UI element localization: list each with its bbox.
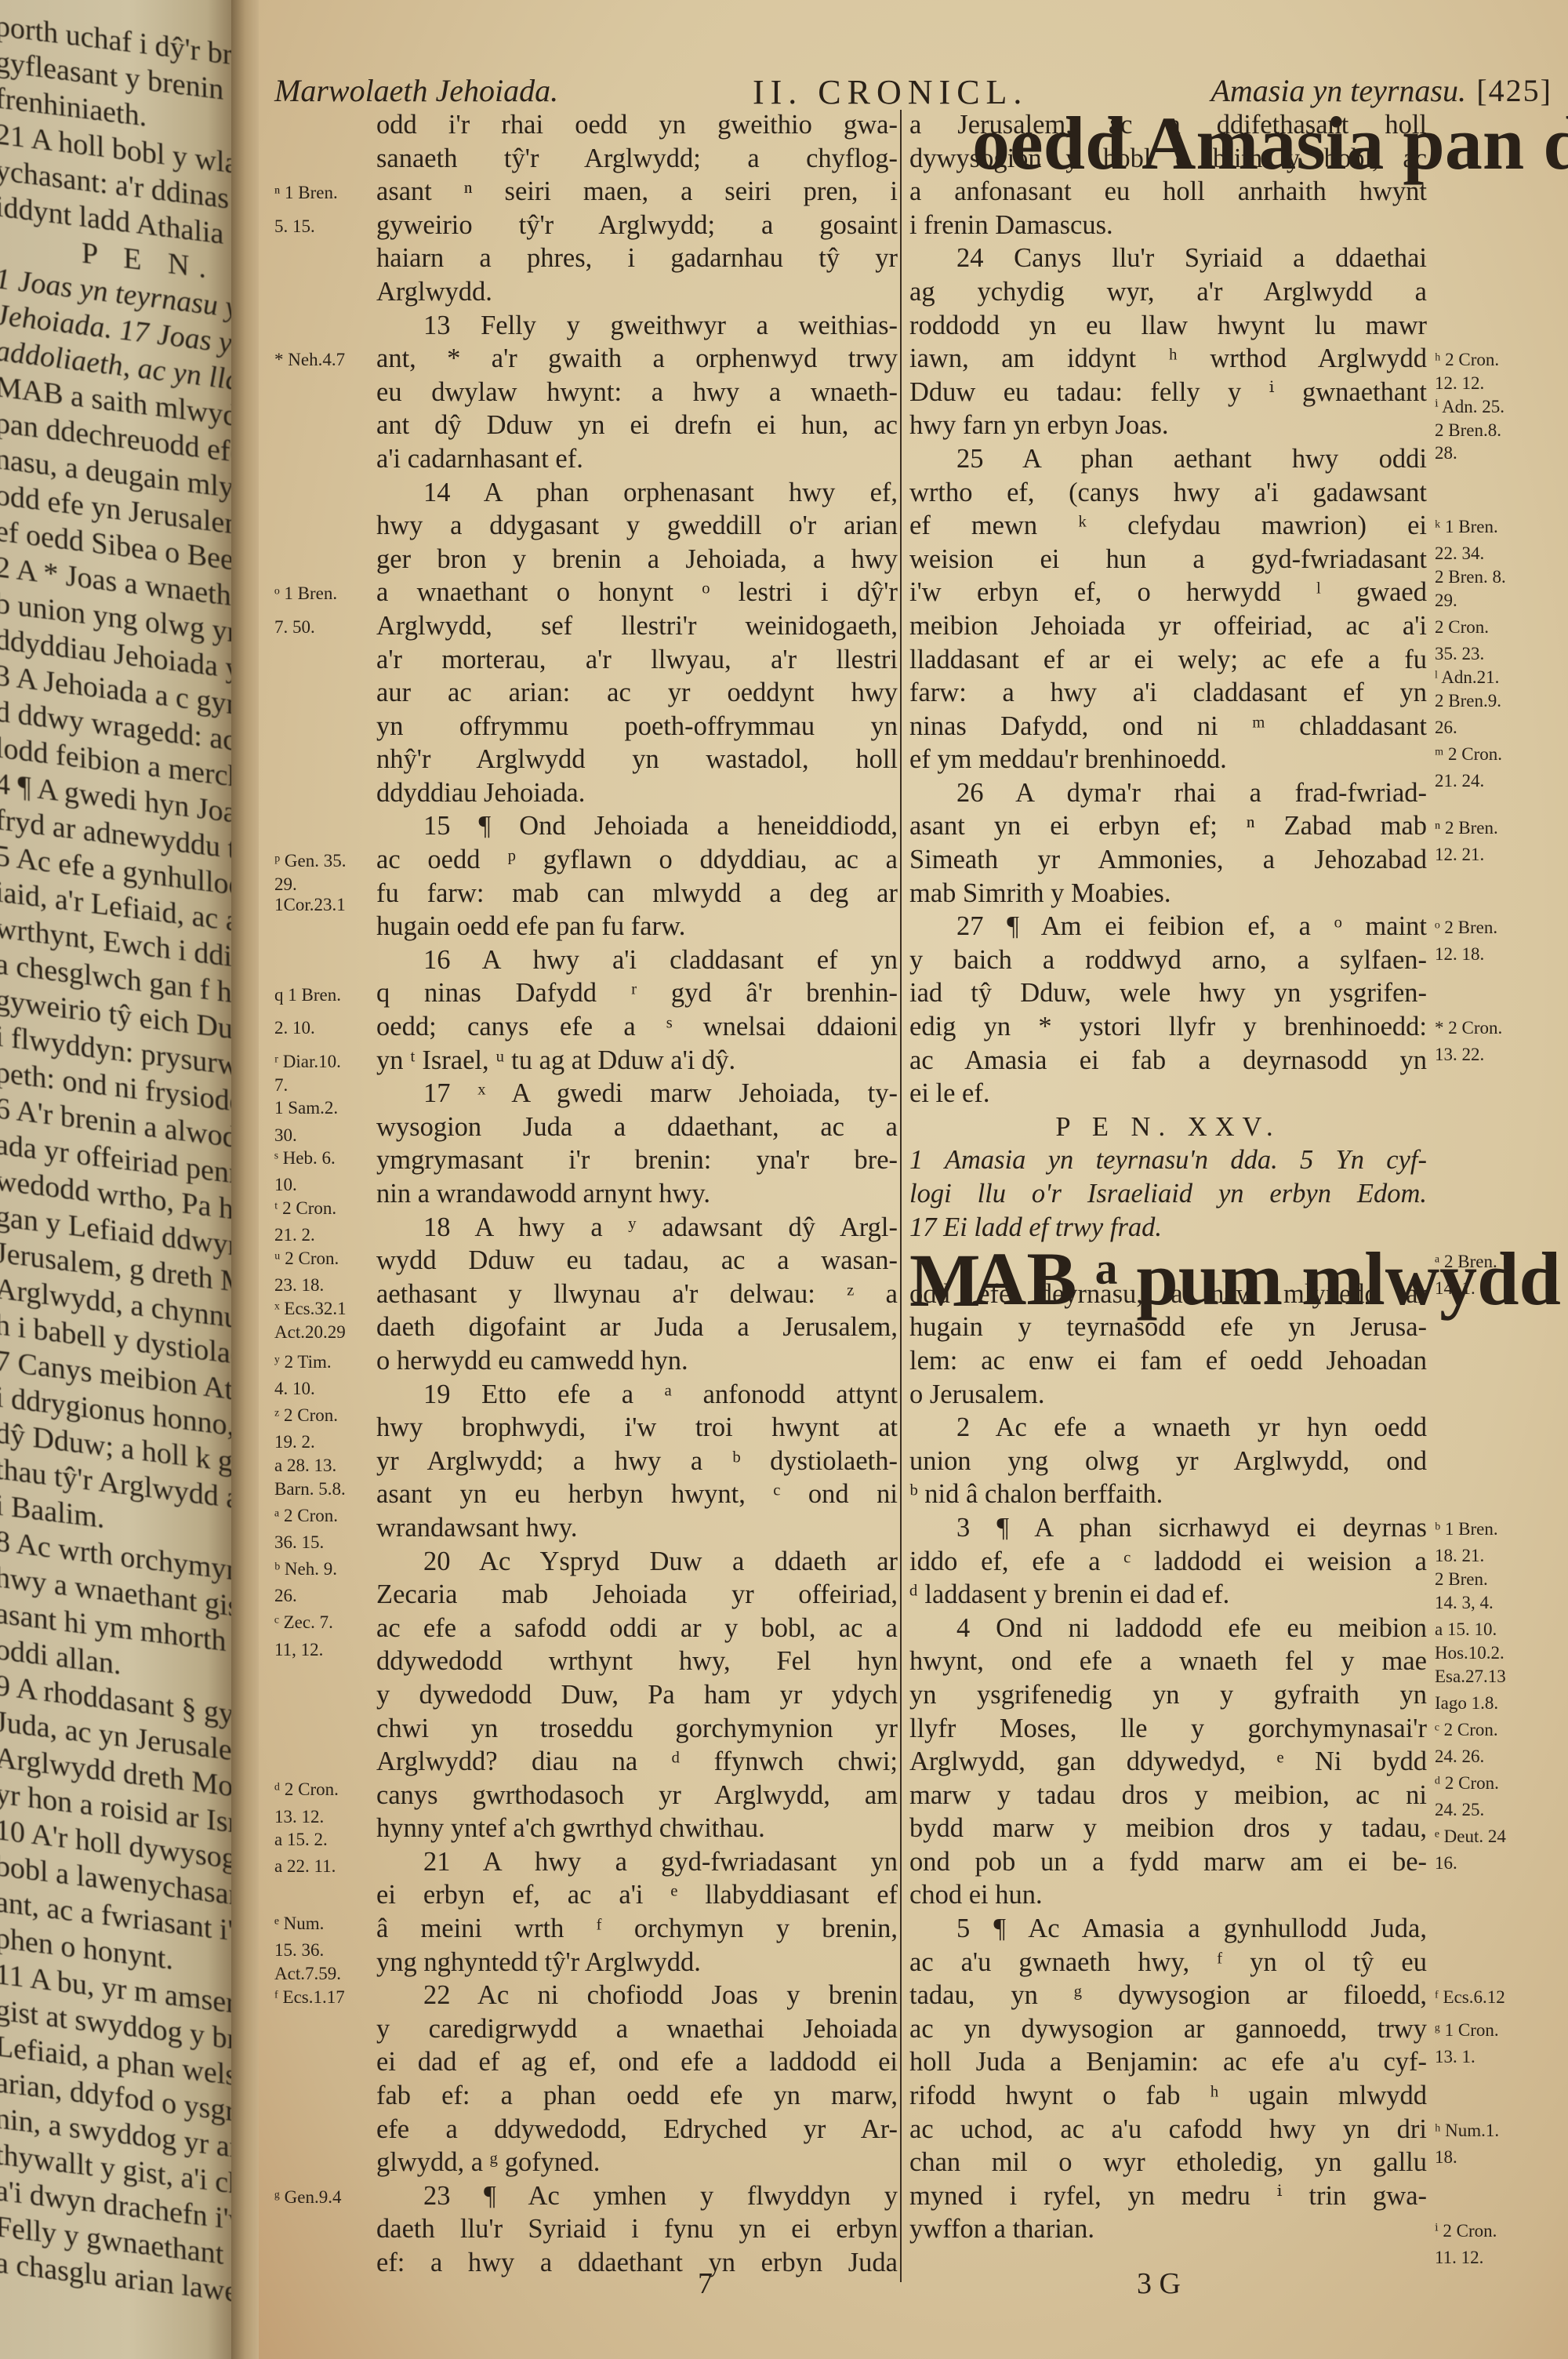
left_column-line: haiarn a phres, i gadarnhau tŷ yr <box>376 242 898 275</box>
left_column-line: oedd; canys efe a ˢ wnelsai ddaioni <box>376 1010 898 1044</box>
left_column-line: canys gwrthodasoch yr Arglwydd, am <box>376 1779 898 1812</box>
cross-reference-note: a 15. 2. <box>274 1830 328 1850</box>
cross-reference-note: ⁿ 1 Bren. <box>274 183 338 203</box>
cross-reference-note: 26. <box>1435 718 1457 738</box>
right_column-line: ef mewn ᵏ clefydau mawrion) ei <box>909 509 1427 543</box>
right_column-line: holl Juda a Benjamin: ac efe a'u cyf- <box>909 2045 1427 2079</box>
right_column-line: hwy farn yn erbyn Joas. <box>909 409 1427 442</box>
right_column-line: myned i ryfel, yn medru ⁱ trin gwa- <box>909 2179 1427 2213</box>
right_column-line: ᵈ laddasent y brenin ei dad ef. <box>909 1578 1427 1612</box>
left_column-line: y caredigrwydd a wnaethai Jehoiada <box>376 2012 898 2046</box>
left_column-line: glwydd, a ᵍ gofyned. <box>376 2146 898 2179</box>
cross-reference-note: 19. 2. <box>274 1432 315 1452</box>
right_column-line: oedd Amasia pan ddechreu- <box>909 110 1568 144</box>
cross-reference-note: 1Cor.23.1 <box>274 895 346 915</box>
left_column-line: ei erbyn ef, ac a'i ᵉ llabyddiasant ef <box>376 1878 898 1912</box>
cross-reference-note: 21. 2. <box>274 1225 315 1245</box>
cross-reference-note: ᵇ 1 Bren. <box>1435 1519 1498 1539</box>
left_column-line: Arglwydd, sef llestri'r weinidogaeth, <box>376 609 898 643</box>
right_column-line: union yng olwg yr Arglwydd, ond <box>909 1445 1427 1478</box>
left_column-line: 13 Felly y gweithwyr a weithias- <box>376 309 898 343</box>
cross-reference-note: 14. 3, 4. <box>1435 1593 1494 1613</box>
right_column-line: 1 Amasia yn teyrnasu'n dda. 5 Yn cyf- <box>909 1143 1427 1177</box>
left_column-line: y dywedodd Duw, Pa ham yr ydych <box>376 1678 898 1712</box>
left_column-line: ddywedodd wrthynt hwy, Fel hyn <box>376 1645 898 1678</box>
right_column-line: P E N. XXV. <box>909 1110 1427 1144</box>
left_column-line: ddyddiau Jehoiada. <box>376 776 898 810</box>
right_column-line: marw y tadau dros y meibion, ac ni <box>909 1779 1427 1812</box>
cross-reference-note: 29. <box>274 874 297 895</box>
left_column-line: ant, * a'r gwaith a orphenwyd trwy <box>376 342 898 376</box>
cross-reference-note: 7. <box>274 1075 288 1096</box>
left_column-line: q ninas Dafydd ʳ gyd â'r brenhin- <box>376 976 898 1010</box>
right_column-line: ywffon a tharian. <box>909 2212 1427 2246</box>
right_column-line: Simeath yr Ammonies, a Jehozabad <box>909 843 1427 877</box>
right_column-line: chan mil o wyr etholedig, yn gallu <box>909 2146 1427 2179</box>
left_column-line: a wnaethant o honynt ᵒ lestri i dŷ'r <box>376 576 898 609</box>
left_column-line: yn ᵗ Israel, ᵘ tu ag at Dduw a'i dŷ. <box>376 1044 898 1078</box>
left_column-line: ef: a hwy a ddaethant yn erbyn Juda <box>376 2246 898 2280</box>
adjacent-page-text: porth uchaf i dŷ'r brenin, agyfleasant y… <box>0 8 235 2313</box>
left_column-line: ymgrymasant i'r brenin: yna'r bre- <box>376 1143 898 1177</box>
right_column-line: ag ychydig wyr, a'r Arglwydd a <box>909 275 1427 309</box>
right-text-column: a Jerusalem, ac a ddifethasant holldywys… <box>909 108 1427 2246</box>
cross-reference-note: ˢ Heb. 6. <box>274 1148 336 1169</box>
right_column-line: 2 Ac efe a wnaeth yr hyn oedd <box>909 1411 1427 1445</box>
cross-reference-note: 5. 15. <box>274 216 315 237</box>
left_column-line: wydd Dduw eu tadau, ac a wasan- <box>376 1244 898 1278</box>
cross-reference-note: ᵍ Gen.9.4 <box>274 2187 342 2208</box>
left_column-line: asant ⁿ seiri maen, a seiri pren, i <box>376 175 898 209</box>
right_column-line: AB ᵃ pum mlwydd ar hugainM <box>909 1245 1427 1279</box>
cross-reference-note: 2 Bren.8. <box>1435 420 1501 441</box>
cross-reference-note: 1 Sam.2. <box>274 1098 338 1118</box>
cross-reference-note: ᵘ 2 Cron. <box>274 1249 339 1269</box>
cross-reference-note: ᵈ 2 Cron. <box>1435 1773 1499 1794</box>
left_column-line: daeth llu'r Syriaid i fynu yn ei erbyn <box>376 2212 898 2246</box>
cross-reference-note: ᵍ 1 Cron. <box>1435 2020 1499 2041</box>
left_column-line: 14 A phan orphenasant hwy ef, <box>376 476 898 510</box>
right_column-line: lladdasant ef ar ei wely; ac efe a fu <box>909 643 1427 677</box>
left_column-line: a'r morterau, a'r llwyau, a'r llestri <box>376 643 898 677</box>
cross-reference-note: 14. 1. <box>1435 1278 1475 1299</box>
left_column-line: ger bron y brenin a Jehoiada, a hwy <box>376 543 898 576</box>
cross-reference-note: 22. 34. <box>1435 543 1484 564</box>
cross-reference-note: ˡ Adn.21. <box>1435 667 1499 688</box>
left_column-line: aur ac arian: ac yr oeddynt hwy <box>376 676 898 710</box>
right_column-line: ond pob un a fydd marw am ei be- <box>909 1845 1427 1879</box>
cross-reference-note: 4. 10. <box>274 1379 315 1399</box>
right_column-line: ef ym meddau'r brenhinoedd. <box>909 743 1427 776</box>
cross-reference-note: ᵖ Gen. 35. <box>274 851 346 871</box>
cross-reference-note: 26. <box>274 1586 297 1606</box>
cross-reference-note: 11. 12. <box>1435 2248 1483 2268</box>
cross-reference-note: ᵇ Neh. 9. <box>274 1559 337 1579</box>
right_column-line: Dduw eu tadau: felly y ⁱ gwnaethant <box>909 376 1427 409</box>
cross-reference-note: ⁱ Adn. 25. <box>1435 397 1504 417</box>
right_column-line: y baich a roddwyd arno, a sylfaen- <box>909 943 1427 977</box>
left_column-line: a'i cadarnhasant ef. <box>376 442 898 476</box>
right_column-line: weision ei hun a gyd-fwriadasant <box>909 543 1427 576</box>
left_column-line: o herwydd eu camwedd hyn. <box>376 1344 898 1378</box>
right_column-line: iad tŷ Dduw, wele hwy yn ysgrifen- <box>909 976 1427 1010</box>
left-running-title: Marwolaeth Jehoiada. <box>274 72 558 109</box>
right_column-line: ac yn dywysogion ar gannoedd, trwy <box>909 2012 1427 2046</box>
cross-reference-note: 7. 50. <box>274 617 315 638</box>
left_column-line: ei dad ef ag ef, ond efe a laddodd ei <box>376 2045 898 2079</box>
cross-reference-note: ᶻ 2 Cron. <box>274 1405 338 1426</box>
left_column-line: wrandawsant hwy. <box>376 1511 898 1545</box>
cross-reference-note: ᵃ 2 Bren. <box>1435 1252 1497 1272</box>
right_column-line: logi llu o'r Israeliaid yn erbyn Edom. <box>909 1177 1427 1211</box>
right_column-line: edig yn * ystori llyfr y brenhinoedd: <box>909 1010 1427 1044</box>
cross-reference-note: 2 Cron. <box>1435 617 1489 638</box>
right_column-line: o Jerusalem. <box>909 1378 1427 1412</box>
cross-reference-note: a 15. 10. <box>1435 1619 1497 1640</box>
cross-reference-note: ᶠ Ecs.1.17 <box>274 1987 345 2008</box>
cross-reference-note: ʰ 2 Cron. <box>1435 350 1499 370</box>
cross-reference-note: 15. 36. <box>274 1940 324 1961</box>
cross-reference-note: 2 Bren.9. <box>1435 691 1501 711</box>
right_column-line: iddo ef, efe a ᶜ laddodd ei weision a <box>909 1545 1427 1579</box>
left_column-line: 19 Etto efe a ᵃ anfonodd attynt <box>376 1378 898 1412</box>
cross-reference-note: ʰ Num.1. <box>1435 2121 1499 2141</box>
cross-reference-note: 13. 22. <box>1435 1045 1484 1065</box>
cross-reference-note: 12. 12. <box>1435 373 1484 394</box>
left_column-line: fab ef: a phan oedd efe yn marw, <box>376 2079 898 2113</box>
right_column-line: ac Amasia ei fab a deyrnasodd yn <box>909 1044 1427 1078</box>
cross-reference-note: ʸ 2 Tim. <box>274 1352 332 1372</box>
left_column-line: nhŷ'r Arglwydd yn wastadol, holl <box>376 743 898 776</box>
right_column-line: 25 A phan aethant hwy oddi <box>909 442 1427 476</box>
cross-reference-note: ʳ Diar.10. <box>274 1052 341 1072</box>
right_column-line: 26 A dyma'r rhai a frad-fwriad- <box>909 776 1427 810</box>
cross-reference-note: 21. 24. <box>1435 771 1484 791</box>
left_column-line: ac efe a safodd oddi ar y bobl, ac a <box>376 1612 898 1645</box>
book-gutter <box>231 0 263 2359</box>
left_column-line: 17 ˣ A gwedi marw Jehoiada, ty- <box>376 1077 898 1110</box>
left_column-line: asant yn eu herbyn hwynt, ᶜ ond ni <box>376 1478 898 1511</box>
cross-reference-note: a 28. 13. <box>274 1456 336 1476</box>
cross-reference-note: 13. 12. <box>274 1807 324 1827</box>
cross-reference-note: 2 Bren. 8. <box>1435 567 1506 587</box>
left_column-line: nin a wrandawodd arnynt hwy. <box>376 1177 898 1211</box>
catchword: 7 <box>698 2266 713 2301</box>
cross-reference-note: 12. 21. <box>1435 845 1484 865</box>
left_column-line: 15 ¶ Ond Jehoiada a heneiddiodd, <box>376 809 898 843</box>
cross-reference-note: 12. 18. <box>1435 944 1484 965</box>
cross-reference-note: ᵃ 2 Cron. <box>274 1506 338 1526</box>
left_column-line: efe a ddywedodd, Edryched yr Ar- <box>376 2113 898 2146</box>
cross-reference-note: q 1 Bren. <box>274 985 341 1005</box>
right_column-line: rifodd hwynt o fab ʰ ugain mlwydd <box>909 2079 1427 2113</box>
cross-reference-note: ᶠ Ecs.6.12 <box>1435 1987 1505 2008</box>
cross-reference-note: 10. <box>274 1175 297 1195</box>
left_column-line: Arglwydd? diau na ᵈ ffynwch chwi; <box>376 1745 898 1779</box>
cross-reference-note: 30. <box>274 1125 297 1146</box>
cross-reference-note: ᵏ 1 Bren. <box>1435 517 1498 537</box>
left_column-line: yng nghyntedd tŷ'r Arglwydd. <box>376 1946 898 1979</box>
adjacent-page-edge: porth uchaf i dŷ'r brenin, agyfleasant y… <box>0 0 235 2359</box>
right_column-line: ac a'u gwnaeth hwy, ᶠ yn ol tŷ eu <box>909 1946 1427 1979</box>
cross-reference-note: 23. 18. <box>274 1275 324 1296</box>
right_column-line: iawn, am iddynt ʰ wrthod Arglwydd <box>909 342 1427 376</box>
cross-reference-note: 18. <box>1435 2147 1457 2168</box>
right_column-line: tadau, yn ᵍ dywysogion ar filoedd, <box>909 1979 1427 2012</box>
right_column-line: bydd marw y meibion dros y tadau, <box>909 1812 1427 1845</box>
right_column-line: yn ysgrifenedig yn y gyfraith yn <box>909 1678 1427 1712</box>
right_column-line: 27 ¶ Am ei feibion ef, a ᵒ maint <box>909 910 1427 943</box>
right_column-line: 5 ¶ Ac Amasia a gynhullodd Juda, <box>909 1912 1427 1946</box>
cross-reference-note: ˣ Ecs.32.1 <box>274 1299 347 1319</box>
right_column-line: meibion Jehoiada yr offeiriad, ac a'i <box>909 609 1427 643</box>
left_column-line: ac oedd ᵖ gyflawn o ddyddiau, ac a <box>376 843 898 877</box>
right_column-line: 4 Ond ni laddodd efe eu meibion <box>909 1612 1427 1645</box>
left_column-line: chwi yn troseddu gorchymynion yr <box>376 1712 898 1746</box>
left_column-line: 23 ¶ Ac ymhen y flwyddyn y <box>376 2179 898 2213</box>
cross-reference-note: ᶜ Zec. 7. <box>274 1612 333 1633</box>
cross-reference-note: 11, 12. <box>274 1640 323 1660</box>
right_column-line: farw: a hwy a'i claddasant ef yn <box>909 676 1427 710</box>
left_column-line: 16 A hwy a'i claddasant ef yn <box>376 943 898 977</box>
cross-reference-note: ᶜ 2 Cron. <box>1435 1720 1498 1740</box>
left_column-line: daeth digofaint ar Juda a Jerusalem, <box>376 1310 898 1344</box>
right_column-line: chod ei hun. <box>909 1878 1427 1912</box>
right_column-line: i frenin Damascus. <box>909 209 1427 242</box>
right_column-line: ei le ef. <box>909 1077 1427 1110</box>
right_column-line: hwynt, ond efe a wnaeth fel y mae <box>909 1645 1427 1678</box>
right_column-line: asant yn ei erbyn ef; ⁿ Zabad mab <box>909 809 1427 843</box>
left_column-line: 22 Ac ni chofiodd Joas y brenin <box>376 1979 898 2012</box>
cross-reference-note: ⁿ 2 Bren. <box>1435 818 1498 838</box>
cross-reference-note: ᵉ Deut. 24 <box>1435 1826 1506 1847</box>
cross-reference-note: ᵉ Num. <box>274 1914 324 1934</box>
right_column-line: lem: ac enw ei fam ef oedd Jehoadan <box>909 1344 1427 1378</box>
left_column-line: eu dwylaw hwynt: a hwy a wnaeth- <box>376 376 898 409</box>
right_column-line: ᵇ nid â chalon berffaith. <box>909 1478 1427 1511</box>
left_column-line: â meini wrth ᶠ orchymyn y brenin, <box>376 1912 898 1946</box>
right_column-line: 3 ¶ A phan sicrhawyd ei deyrnas <box>909 1511 1427 1545</box>
left_column-line: hwy a ddygasant y gweddill o'r arian <box>376 509 898 543</box>
cross-reference-note: Act.7.59. <box>274 1964 341 1984</box>
left_column-line: yr Arglwydd; a hwy a ᵇ dystiolaeth- <box>376 1445 898 1478</box>
right_column-line: i'w erbyn ef, o herwydd ˡ gwaed <box>909 576 1427 609</box>
drop-cap-initial: M <box>909 1247 981 1314</box>
cross-reference-note: ᵒ 2 Bren. <box>1435 918 1497 938</box>
right_column-line: 24 Canys llu'r Syriaid a ddaethai <box>909 242 1427 275</box>
left_column-line: aethasant y llwynau a'r delwau: ᶻ a <box>376 1278 898 1311</box>
left_column-line: ant dŷ Dduw yn ei drefn ei hun, ac <box>376 409 898 442</box>
cross-reference-note: Hos.10.2. <box>1435 1643 1504 1663</box>
left_column-line: hynny yntef a'ch gwrthyd chwithau. <box>376 1812 898 1845</box>
left_column-line: sanaeth tŷ'r Arglwydd; a chyflog- <box>376 142 898 176</box>
left_column-line: hwy brophwydi, i'w troi hwynt at <box>376 1411 898 1445</box>
bible-page: Marwolaeth Jehoiada. II. CRONICL. Amasia… <box>259 0 1568 2359</box>
right_column-line: llyfr Moses, lle y gorchymynasai'r <box>909 1712 1427 1746</box>
cross-reference-note: ⁱ 2 Cron. <box>1435 2221 1497 2241</box>
cross-reference-note: ᵈ 2 Cron. <box>274 1779 339 1800</box>
left_column-line: hugain oedd efe pan fu farw. <box>376 910 898 943</box>
cross-reference-note: 13. 1. <box>1435 2047 1475 2067</box>
cross-reference-note: ᵗ 2 Cron. <box>274 1198 336 1219</box>
cross-reference-note: 24. 25. <box>1435 1800 1484 1820</box>
cross-reference-note: Iago 1.8. <box>1435 1693 1498 1714</box>
signature-mark: 3 G <box>1137 2266 1181 2301</box>
cross-reference-note: ᵒ 1 Bren. <box>274 583 337 604</box>
left_column-line: fu farw: mab can mlwydd a deg ar <box>376 877 898 911</box>
cross-reference-note: Act.20.29 <box>274 1322 346 1343</box>
cross-reference-note: 36. 15. <box>274 1532 324 1553</box>
cross-reference-note: 28. <box>1435 443 1457 463</box>
left_column-line: odd i'r rhai oedd yn gweithio gwa- <box>376 108 898 142</box>
cross-reference-note: a 22. 11. <box>274 1856 336 1877</box>
column-rule <box>900 110 902 2282</box>
left_column-line: 20 Ac Yspryd Duw a ddaeth ar <box>376 1545 898 1579</box>
right_column-line: ninas Dafydd, ond ni ᵐ chladdasant <box>909 710 1427 743</box>
cross-reference-note: 24. 26. <box>1435 1747 1484 1767</box>
left_column-line: wysogion Juda a ddaethant, ac a <box>376 1110 898 1144</box>
left_column-line: yn offrymmu poeth-offrymmau yn <box>376 710 898 743</box>
right_column-line: wrtho ef, (canys hwy a'i gadawsant <box>909 476 1427 510</box>
left_column-line: Arglwydd. <box>376 275 898 309</box>
cross-reference-note: 2. 10. <box>274 1018 315 1038</box>
cross-reference-note: Barn. 5.8. <box>274 1479 346 1499</box>
left_column-line: gyweirio tŷ'r Arglwydd; a gosaint <box>376 209 898 242</box>
left_column-line: 18 A hwy a ʸ adawsant dŷ Argl- <box>376 1211 898 1245</box>
left-text-column: odd i'r rhai oedd yn gweithio gwa-sanaet… <box>376 108 898 2280</box>
cross-reference-note: * 2 Cron. <box>1435 1018 1502 1038</box>
cross-reference-note: 18. 21. <box>1435 1546 1484 1566</box>
cross-reference-note: ᵐ 2 Cron. <box>1435 744 1502 765</box>
cross-reference-note: 35. 23. <box>1435 644 1484 664</box>
right_column-line: roddodd yn eu llaw hwynt lu mawr <box>909 309 1427 343</box>
cross-reference-note: 2 Bren. <box>1435 1569 1488 1590</box>
cross-reference-note: * Neh.4.7 <box>274 350 345 370</box>
cross-reference-note: 29. <box>1435 591 1457 611</box>
left_column-line: 21 A hwy a gyd-fwriadasant yn <box>376 1845 898 1879</box>
cross-reference-note: 16. <box>1435 1853 1457 1874</box>
right_column-line: mab Simrith y Moabies. <box>909 877 1427 911</box>
right_column-line: ac uchod, ac a'u cafodd hwy yn dri <box>909 2113 1427 2146</box>
cross-reference-note: Esa.27.13 <box>1435 1667 1506 1687</box>
left_column-line: Zecaria mab Jehoiada yr offeiriad, <box>376 1578 898 1612</box>
right_column-line: Arglwydd, gan ddywedyd, ᵉ Ni bydd <box>909 1745 1427 1779</box>
